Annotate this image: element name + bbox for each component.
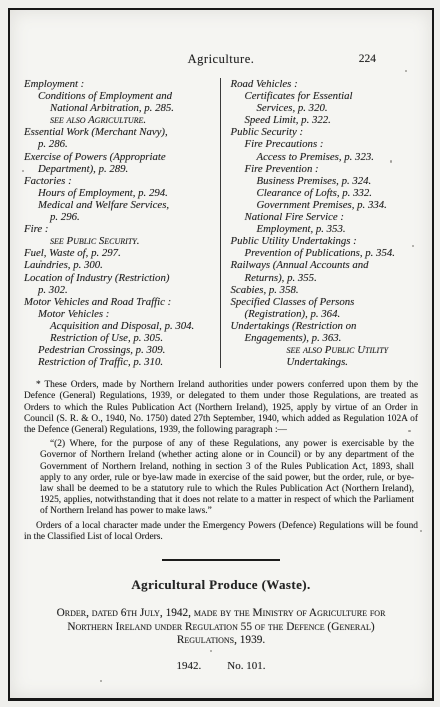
index-entry: p. 286.: [24, 138, 212, 150]
scan-speck: [412, 245, 414, 247]
scan-speck: [390, 160, 392, 163]
footnote-quoted-regulation: “(2) Where, for the purpose of any of th…: [40, 439, 414, 517]
index-entry: Undertakings (Restriction on: [231, 320, 419, 332]
index-entry: Fuel, Waste of, p. 297.: [24, 247, 212, 259]
scan-speck: [360, 610, 362, 612]
index-column-right: Road Vehicles :Certificates for Essentia…: [220, 78, 419, 368]
section-divider-rule: [162, 559, 280, 561]
index-entry: Employment :: [24, 78, 212, 90]
index-entry: Motor Vehicles :: [24, 308, 212, 320]
scan-speck: [420, 530, 422, 532]
scan-speck: [405, 70, 407, 72]
index-entry: Business Premises, p. 324.: [231, 175, 419, 187]
index-entry: Acquisition and Disposal, p. 304.: [24, 320, 212, 332]
index-entry: Fire Prevention :: [231, 163, 419, 175]
scanned-page: Agriculture. 224 Employment :Conditions …: [8, 8, 434, 701]
page-number: 224: [359, 53, 376, 65]
index-entry: Restriction of Traffic, p. 310.: [24, 356, 212, 368]
index-entry: Factories :: [24, 175, 212, 187]
index-entry: National Fire Service :: [231, 211, 419, 223]
scan-speck: [22, 170, 24, 172]
index-entry: Engagements), p. 363.: [231, 332, 419, 344]
index-entry: Conditions of Employment and: [24, 90, 212, 102]
index-entry: (Registration), p. 364.: [231, 308, 419, 320]
index-entry: Services, p. 320.: [231, 102, 419, 114]
index-entry: Pedestrian Crossings, p. 309.: [24, 344, 212, 356]
index-entry: Government Premises, p. 334.: [231, 199, 419, 211]
index-entry: Exercise of Powers (Appropriate: [24, 151, 212, 163]
footnote-local-orders-note: Orders of a local character made under t…: [24, 521, 418, 543]
index-entry: Employment, p. 353.: [231, 223, 419, 235]
index-column-left: Employment :Conditions of Employment and…: [24, 78, 220, 368]
index-entry: see Public Security.: [24, 235, 212, 247]
footnote-paragraph: * These Orders, made by Northern Ireland…: [24, 380, 418, 436]
scan-speck: [408, 430, 411, 432]
index-entry: Certificates for Essential: [231, 90, 419, 102]
index-entry: Speed Limit, p. 322.: [231, 114, 419, 126]
page-header: Agriculture. 224: [24, 52, 418, 68]
index-entry: p. 296.: [24, 211, 212, 223]
index-entry: Laundries, p. 300.: [24, 259, 212, 271]
order-year: 1942.: [177, 660, 202, 672]
index-entry: Restriction of Use, p. 305.: [24, 332, 212, 344]
scan-speck: [210, 650, 212, 652]
index-entry: Public Utility Undertakings :: [231, 235, 419, 247]
index-entry: Returns), p. 355.: [231, 272, 419, 284]
order-description: Order, dated 6th July, 1942, made by the…: [50, 607, 392, 648]
index-entry: Railways (Annual Accounts and: [231, 259, 419, 271]
index-entry: Medical and Welfare Services,: [24, 199, 212, 211]
index-entry: Specified Classes of Persons: [231, 296, 419, 308]
index-entry: Road Vehicles :: [231, 78, 419, 90]
index-entry: Prevention of Publications, p. 354.: [231, 247, 419, 259]
index-entry: Hours of Employment, p. 294.: [24, 187, 212, 199]
order-number: No. 101.: [227, 660, 265, 672]
scan-speck: [40, 260, 42, 262]
index-entry: Undertakings.: [231, 356, 419, 368]
index-entry: Fire Precautions :: [231, 138, 419, 150]
footnote-block: * These Orders, made by Northern Ireland…: [24, 380, 418, 543]
subject-index: Employment :Conditions of Employment and…: [24, 78, 418, 368]
index-entry: Scabies, p. 358.: [231, 284, 419, 296]
index-entry: National Arbitration, p. 285.: [24, 102, 212, 114]
index-entry: Fire :: [24, 223, 212, 235]
order-reference: 1942.No. 101.: [24, 660, 418, 672]
index-entry: Department), p. 289.: [24, 163, 212, 175]
index-entry: p. 302.: [24, 284, 212, 296]
index-entry: Public Security :: [231, 126, 419, 138]
section-heading: Agricultural Produce (Waste).: [24, 577, 418, 593]
index-entry: Location of Industry (Restriction): [24, 272, 212, 284]
index-entry: Clearance of Lofts, p. 332.: [231, 187, 419, 199]
scan-speck: [100, 680, 102, 682]
index-entry: Motor Vehicles and Road Traffic :: [24, 296, 212, 308]
index-entry: see also Agriculture.: [24, 114, 212, 126]
index-entry: see also Public Utility: [231, 344, 419, 356]
index-entry: Essential Work (Merchant Navy),: [24, 126, 212, 138]
